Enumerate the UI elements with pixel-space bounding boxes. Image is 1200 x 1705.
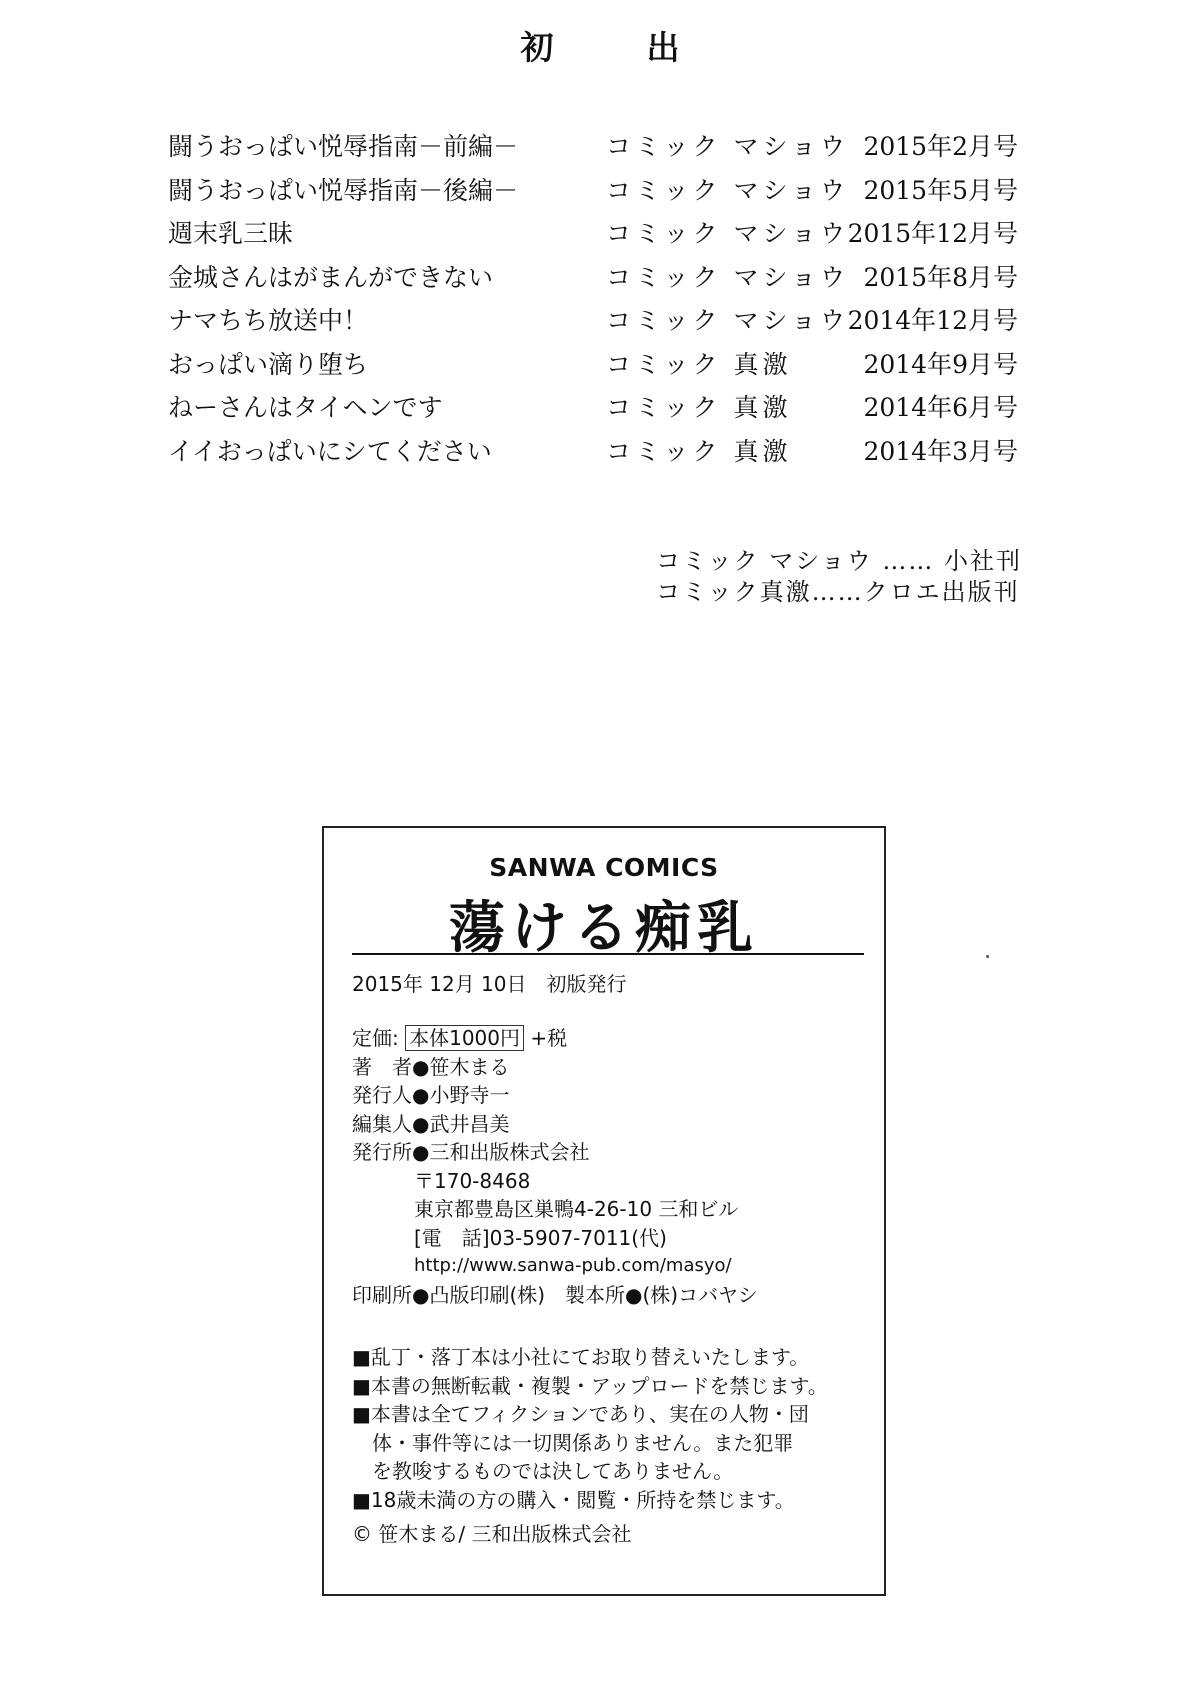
- issue-date: 2014年9月号: [863, 350, 1018, 380]
- credit-row: 闘うおっぱい悦辱指南－前編－ コミック マショウ 2015年2月号: [168, 132, 1018, 176]
- book-title: 蕩ける痴乳: [324, 884, 884, 964]
- magazine-name: コミック マショウ: [606, 176, 849, 206]
- copyright-notice: © 笹木まる/ 三和出版株式会社: [352, 1518, 631, 1547]
- publisher-company-line: 発行所●三和出版株式会社: [352, 1138, 758, 1167]
- series-name: SANWA COMICS: [324, 853, 884, 882]
- website-url: http://www.sanwa-pub.com/masyo/: [352, 1252, 758, 1281]
- credit-row: 闘うおっぱい悦辱指南－後編－ コミック マショウ 2015年5月号: [168, 176, 1018, 220]
- postal-code: 〒170-8468: [352, 1167, 758, 1196]
- credit-row: ナマちち放送中！ コミック マショウ 2014年12月号: [168, 306, 1018, 350]
- magazine-name: コミック 真激: [606, 350, 791, 380]
- notice-line: を教唆するものでは決してありません。: [352, 1457, 828, 1486]
- story-title: 闘うおっぱい悦辱指南－前編－: [168, 132, 518, 162]
- price-line: 定価: 本体1000円 +税: [352, 1024, 758, 1053]
- phone: [電 話]03-5907-7011(代): [352, 1224, 758, 1253]
- first-appearance-table: 闘うおっぱい悦辱指南－前編－ コミック マショウ 2015年2月号 闘うおっぱい…: [168, 132, 1018, 480]
- story-title: ねーさんはタイヘンです: [168, 393, 443, 423]
- story-title: 闘うおっぱい悦辱指南－後編－: [168, 176, 518, 206]
- magazine-name: コミック マショウ: [606, 263, 849, 293]
- price-label: 定価:: [352, 1026, 399, 1050]
- notice-line: ■18歳未満の方の購入・閲覧・所持を禁じます。: [352, 1486, 828, 1515]
- price-value: 本体1000円: [405, 1025, 524, 1051]
- address: 東京都豊島区巣鴨4-26-10 三和ビル: [352, 1195, 758, 1224]
- credit-row: 金城さんはがまんができない コミック マショウ 2015年8月号: [168, 263, 1018, 307]
- credit-row: おっぱい滴り堕ち コミック 真激 2014年9月号: [168, 350, 1018, 394]
- page-heading: 初 出: [0, 22, 1200, 69]
- publisher-notes: コミック マショウ …… 小社刊 コミック真激……クロエ出版刊: [656, 546, 1022, 608]
- issue-date: 2015年8月号: [863, 263, 1018, 293]
- notice-line: ■乱丁・落丁本は小社にてお取り替えいたします。: [352, 1343, 828, 1372]
- credit-row: 週末乳三昧 コミック マショウ 2015年12月号: [168, 219, 1018, 263]
- issue-date: 2014年3月号: [863, 437, 1018, 467]
- issue-date: 2015年5月号: [863, 176, 1018, 206]
- story-title: ナマちち放送中！: [168, 306, 368, 336]
- story-title: 金城さんはがまんができない: [168, 263, 493, 293]
- credit-row: イイおっぱいにシてください コミック 真激 2014年3月号: [168, 437, 1018, 481]
- issue-date: 2014年12月号: [848, 306, 1018, 336]
- story-title: おっぱい滴り堕ち: [168, 350, 368, 380]
- printer-binder-line: 印刷所●凸版印刷(株) 製本所●(株)コバヤシ: [352, 1281, 758, 1310]
- magazine-name: コミック マショウ: [606, 132, 849, 162]
- notice-line: ■本書の無断転載・複製・アップロードを禁じます。: [352, 1372, 828, 1401]
- issue-date: 2014年6月号: [863, 393, 1018, 423]
- publisher-note: コミック真激……クロエ出版刊: [656, 577, 1022, 608]
- publisher-person-line: 発行人●小野寺一: [352, 1081, 758, 1110]
- issue-date: 2015年2月号: [863, 132, 1018, 162]
- notice-line: 体・事件等には一切関係ありません。また犯罪: [352, 1429, 828, 1458]
- editor-line: 編集人●武井昌美: [352, 1110, 758, 1139]
- story-title: イイおっぱいにシてください: [168, 437, 492, 467]
- publication-info: 定価: 本体1000円 +税 著 者●笹木まる 発行人●小野寺一 編集人●武井昌…: [352, 1024, 758, 1309]
- story-title: 週末乳三昧: [168, 219, 293, 249]
- notice-line: ■本書は全てフィクションであり、実在の人物・団: [352, 1400, 828, 1429]
- price-tax: +税: [530, 1026, 567, 1050]
- divider: [352, 953, 864, 955]
- legal-notices: ■乱丁・落丁本は小社にてお取り替えいたします。 ■本書の無断転載・複製・アップロ…: [352, 1343, 828, 1514]
- magazine-name: コミック マショウ: [606, 219, 849, 249]
- magazine-name: コミック マショウ: [606, 306, 849, 336]
- scan-speck: [986, 955, 989, 958]
- magazine-name: コミック 真激: [606, 393, 791, 423]
- colophon-box: SANWA COMICS 蕩ける痴乳 2015年 12月 10日 初版発行 定価…: [322, 826, 886, 1596]
- author-line: 著 者●笹木まる: [352, 1053, 758, 1082]
- edition-date: 2015年 12月 10日 初版発行: [352, 968, 627, 997]
- magazine-name: コミック 真激: [606, 437, 791, 467]
- credit-row: ねーさんはタイヘンです コミック 真激 2014年6月号: [168, 393, 1018, 437]
- publisher-note: コミック マショウ …… 小社刊: [656, 546, 1022, 577]
- issue-date: 2015年12月号: [848, 219, 1018, 249]
